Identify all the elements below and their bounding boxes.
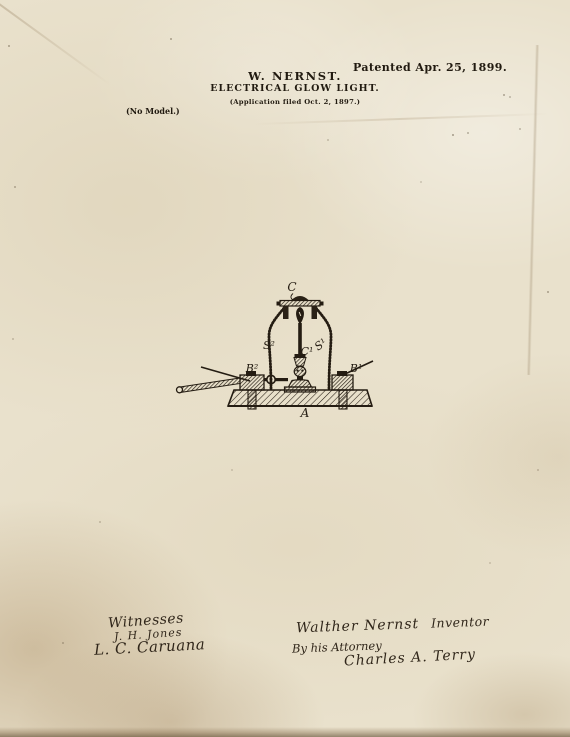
paper-crease-horizontal bbox=[250, 113, 550, 125]
inventor-signature: Walther Nernst bbox=[296, 616, 420, 636]
inventor-name-heading: W. NERNST. bbox=[170, 69, 420, 83]
stem-cup bbox=[294, 358, 306, 367]
stem-knob bbox=[294, 367, 306, 377]
neck-cap-bar bbox=[280, 301, 320, 307]
binding-post-right bbox=[332, 375, 353, 390]
paper-crease-diagonal bbox=[0, 0, 111, 86]
electrode-rod-end-cap bbox=[177, 387, 183, 393]
label-c: C bbox=[287, 280, 296, 294]
lead-wire-left bbox=[201, 367, 250, 381]
patent-title: ELECTRICAL GLOW LIGHT. bbox=[120, 83, 470, 94]
neck-cap-nub-right bbox=[320, 302, 324, 306]
paper-speckles bbox=[0, 0, 2, 2]
no-model-note: (No Model.) bbox=[126, 106, 180, 116]
label-a: A bbox=[300, 406, 310, 420]
stem-plinth bbox=[285, 387, 316, 392]
electrode-rod-left bbox=[180, 378, 240, 393]
neck-dome bbox=[291, 296, 309, 301]
stem-foot bbox=[289, 380, 312, 387]
neck-wall-left bbox=[283, 306, 289, 319]
inventor-label: Inventor bbox=[431, 614, 490, 631]
paper-bottom-edge-shadow bbox=[0, 727, 570, 737]
label-b2: B² bbox=[245, 362, 259, 375]
label-s1: S¹ bbox=[312, 336, 329, 354]
label-c1: C¹ bbox=[301, 345, 314, 358]
neck-wall-right bbox=[312, 306, 318, 319]
bolt-right bbox=[339, 390, 347, 409]
witness-signature-2: L. C. Caruana bbox=[94, 635, 206, 659]
stem-knob-bolt-left bbox=[297, 370, 299, 372]
application-filed-line: (Application filed Oct. 2, 1897.) bbox=[120, 98, 470, 106]
stem-knob-bolt-right bbox=[301, 370, 303, 372]
inventor-signature-line: Walther NernstInventor bbox=[296, 614, 490, 637]
binding-post-left bbox=[240, 375, 264, 390]
label-s2: S² bbox=[263, 339, 275, 352]
bolt-left bbox=[248, 390, 256, 409]
glower-filament bbox=[296, 307, 304, 325]
paper-crease-vertical bbox=[527, 45, 540, 375]
patent-print-page: Patented Apr. 25, 1899. W. NERNST. ELECT… bbox=[0, 0, 570, 737]
neck-cap-nub-left bbox=[277, 302, 281, 306]
label-b1: B¹ bbox=[349, 362, 363, 375]
patent-figure-glow-lamp: C S² C¹ S¹ B² B¹ A bbox=[170, 278, 382, 420]
